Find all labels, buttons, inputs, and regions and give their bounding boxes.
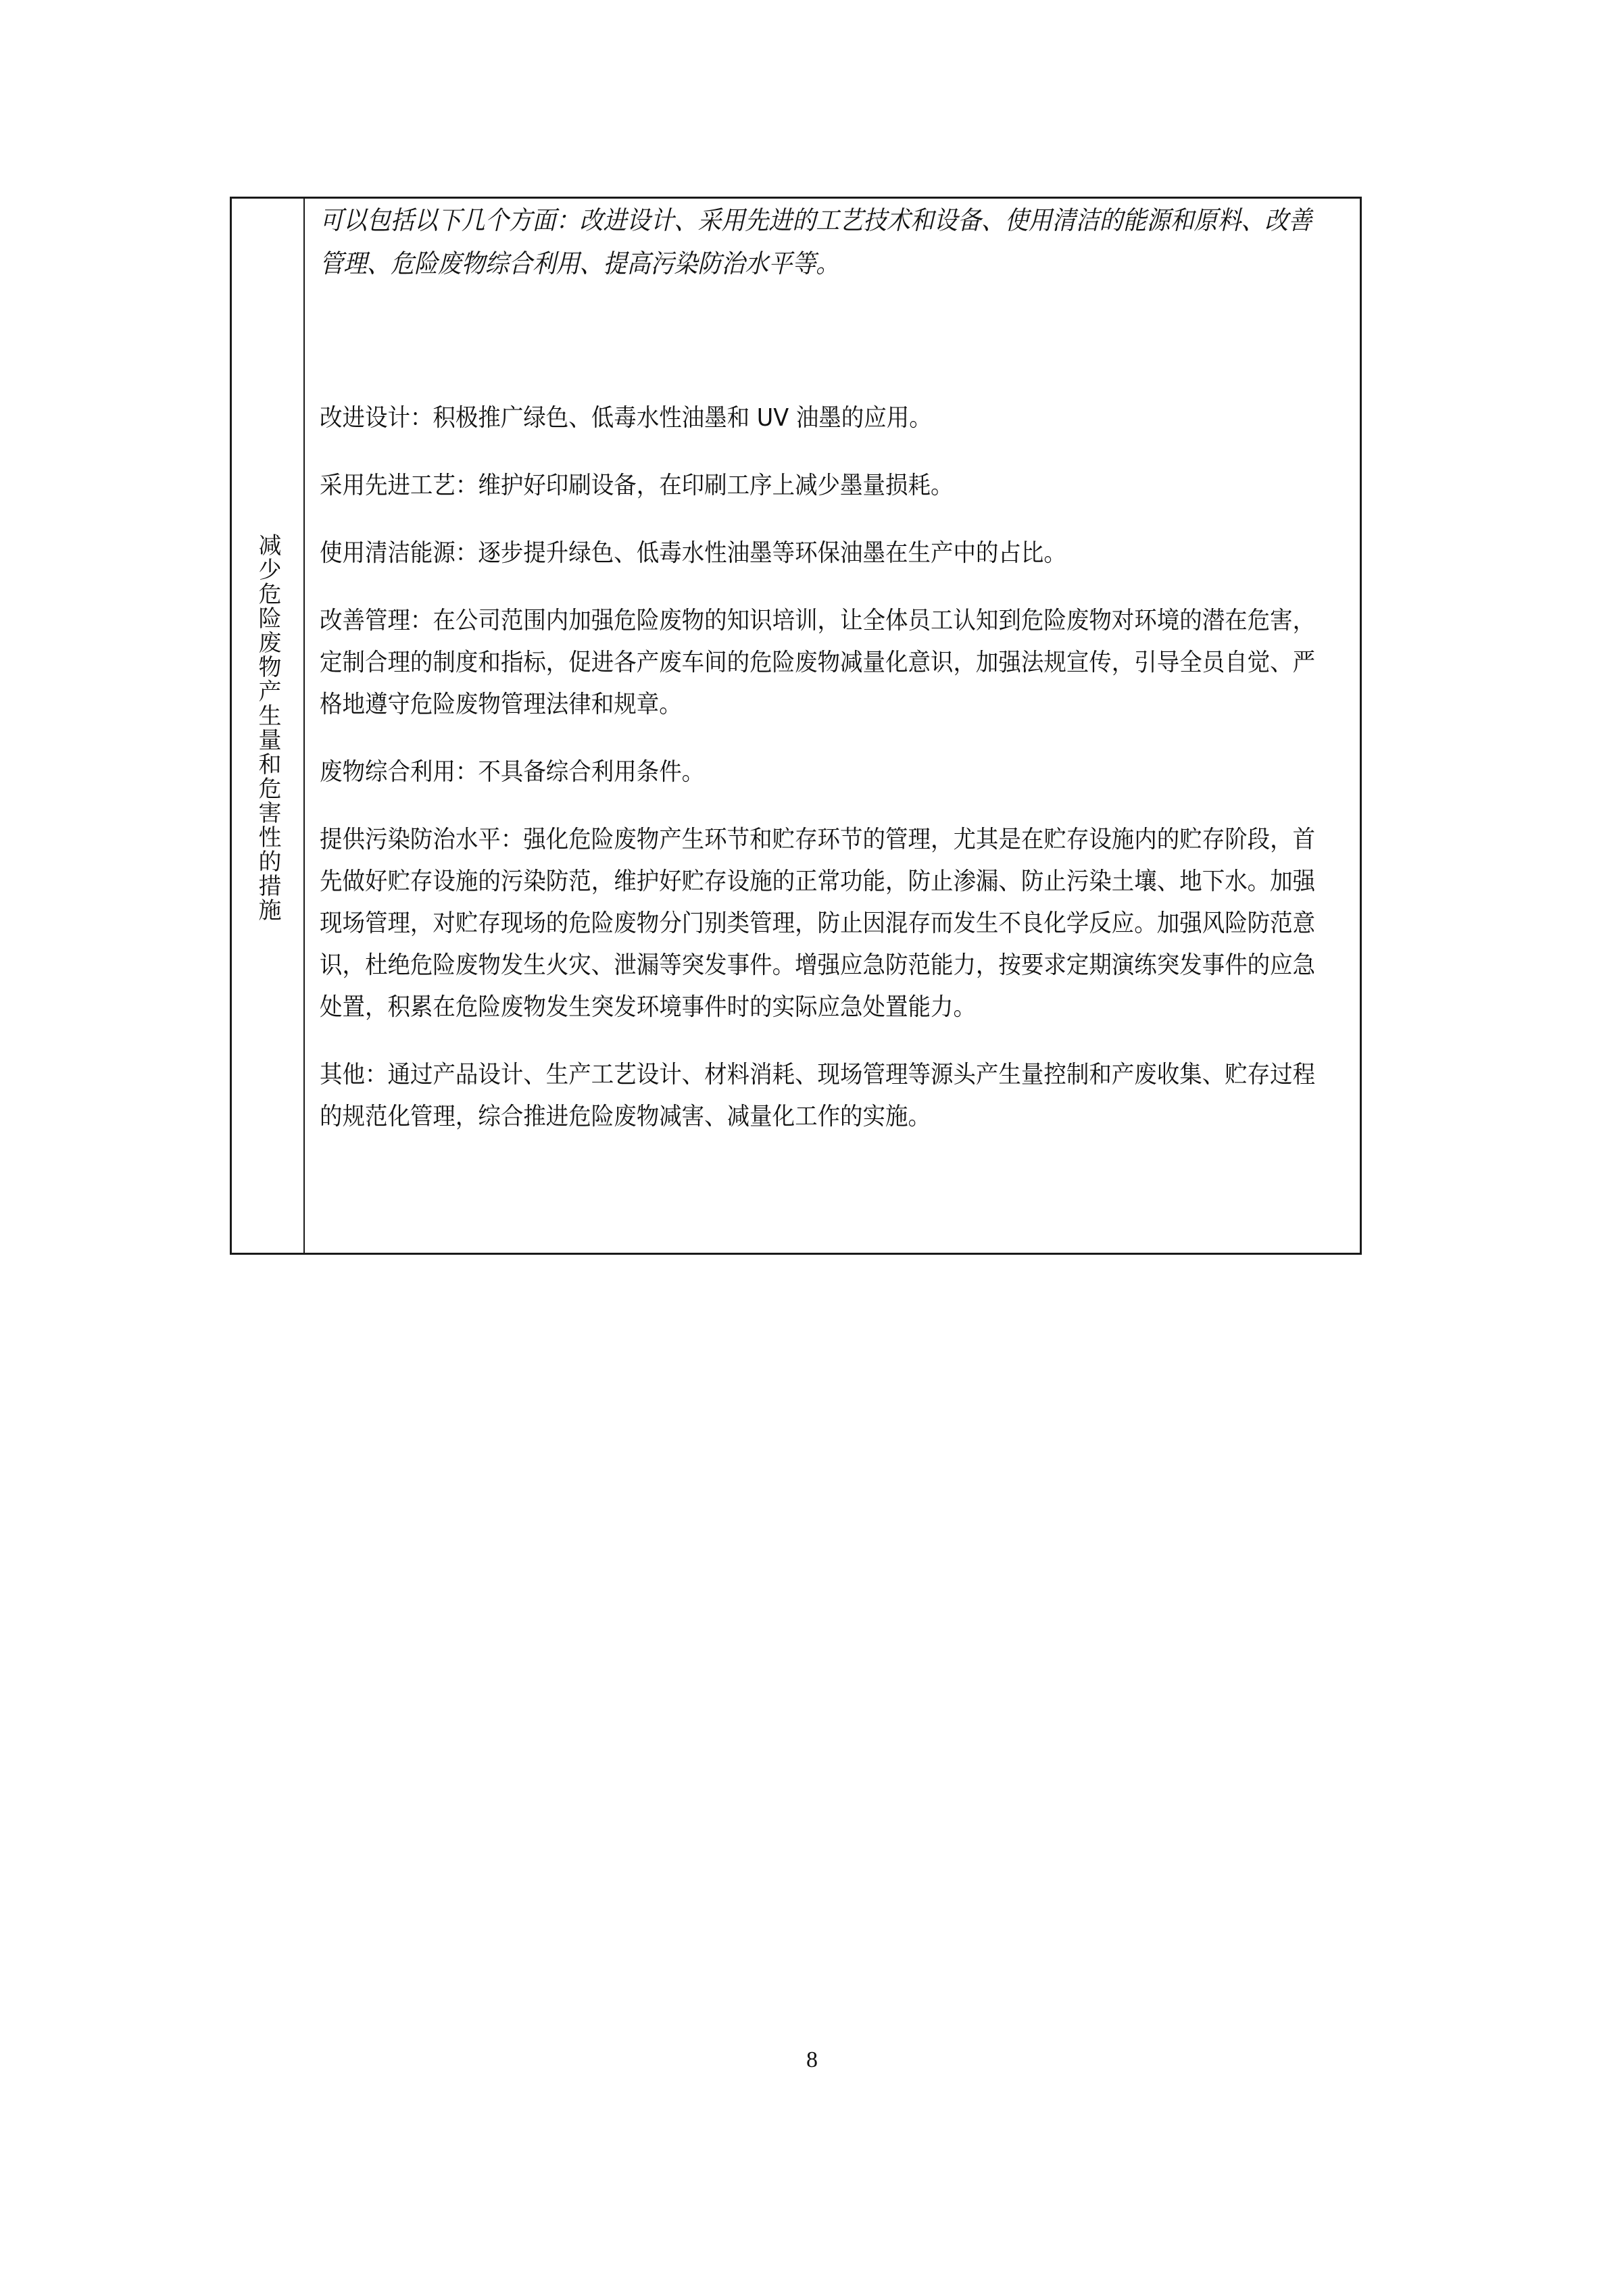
- paragraph-pollution-control: 提供污染防治水平：强化危险废物产生环节和贮存环节的管理，尤其是在贮存设施内的贮存…: [320, 819, 1328, 1028]
- row-label: 减少危险废物产生量和危害性的措施: [254, 533, 281, 922]
- paragraph-other: 其他：通过产品设计、生产工艺设计、材料消耗、现场管理等源头产生量控制和产废收集、…: [320, 1054, 1328, 1138]
- spacer: [320, 285, 1333, 397]
- paragraph-waste-utilization: 废物综合利用：不具备综合利用条件。: [320, 751, 1328, 793]
- paragraph-clean-energy: 使用清洁能源：逐步提升绿色、低毒水性油墨等环保油墨在生产中的占比。: [320, 532, 1328, 574]
- page-number: 8: [0, 2047, 1624, 2073]
- paragraph-advanced-process: 采用先进工艺：维护好印刷设备，在印刷工序上减少墨量损耗。: [320, 465, 1328, 507]
- paragraph-management: 改善管理：在公司范围内加强危险废物的知识培训，让全体员工认知到危险废物对环境的潜…: [320, 600, 1328, 726]
- intro-instructions: 可以包括以下几个方面：改进设计、采用先进的工艺技术和设备、使用清洁的能源和原料、…: [320, 199, 1326, 285]
- paragraph-improve-design: 改进设计：积极推广绿色、低毒水性油墨和 UV 油墨的应用。: [320, 397, 1328, 439]
- row-label-cell: 减少危险废物产生量和危害性的措施: [232, 199, 305, 1253]
- document-page: 减少危险废物产生量和危害性的措施 可以包括以下几个方面：改进设计、采用先进的工艺…: [0, 0, 1624, 2296]
- measures-table: 减少危险废物产生量和危害性的措施 可以包括以下几个方面：改进设计、采用先进的工艺…: [230, 197, 1362, 1255]
- content-cell: 可以包括以下几个方面：改进设计、采用先进的工艺技术和设备、使用清洁的能源和原料、…: [305, 199, 1360, 1253]
